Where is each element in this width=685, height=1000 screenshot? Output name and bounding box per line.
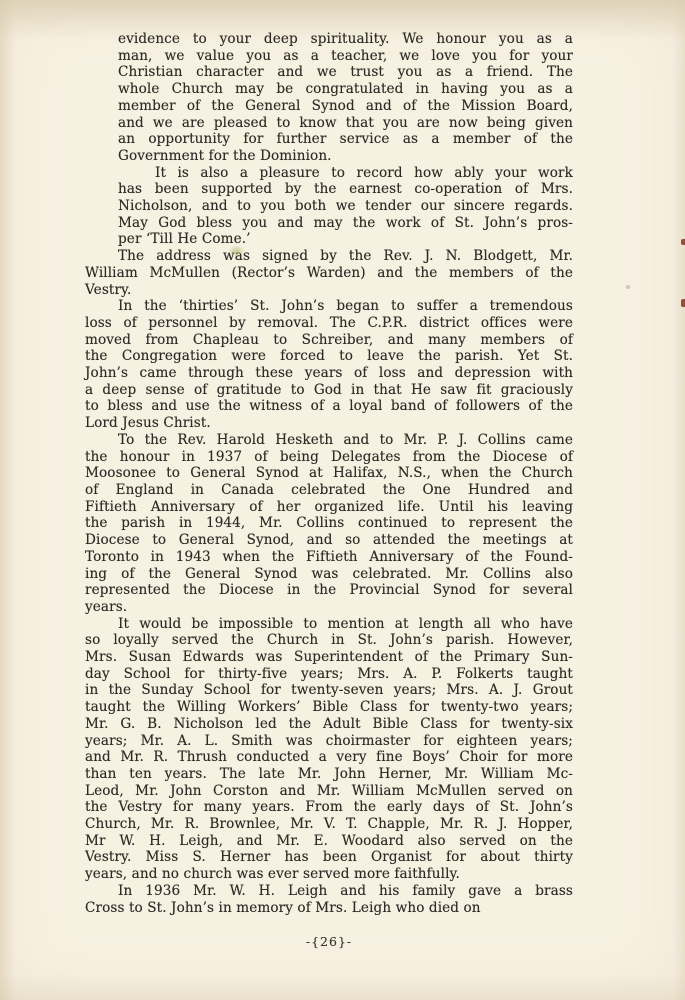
text-line: the Vestry for many years. From the earl… bbox=[85, 799, 573, 816]
text-line: Toronto in 1943 when the Fiftieth Annive… bbox=[85, 549, 573, 566]
text-line: Cross to St. John’s in memory of Mrs. Le… bbox=[85, 900, 573, 917]
text-line: the Congregation were forced to leave th… bbox=[85, 348, 573, 365]
text-line: John’s came through these years of loss … bbox=[85, 365, 573, 382]
text-line: Mr W. H. Leigh, and Mr. E. Woodard also … bbox=[85, 833, 573, 850]
text-line: to bless and use the witness of a loyal … bbox=[85, 398, 573, 415]
text-line: member of the General Synod and of the M… bbox=[118, 98, 573, 115]
text-line: Nicholson, and to you both we tender our… bbox=[118, 198, 573, 215]
text-line: Vestry. Miss S. Herner has been Organist… bbox=[85, 849, 573, 866]
page-edge-mark-artifact bbox=[681, 299, 685, 307]
text-line: Mr. G. B. Nicholson led the Adult Bible … bbox=[85, 716, 573, 733]
text-line: Lord Jesus Christ. bbox=[85, 415, 573, 432]
text-line: years; Mr. A. L. Smith was choirmaster f… bbox=[85, 733, 573, 750]
paragraph: In the ‘thirties’ St. John’s began to su… bbox=[85, 298, 573, 432]
text-line: day School for thirty-five years; Mrs. A… bbox=[85, 666, 573, 683]
text-line: Vestry. bbox=[85, 282, 573, 299]
text-line: the parish in 1944, Mr. Collins continue… bbox=[85, 515, 573, 532]
ink-smudge-artifact bbox=[228, 245, 245, 257]
text-line: evidence to your deep spirituality. We h… bbox=[118, 31, 573, 48]
text-line: Leod, Mr. John Corston and Mr. William M… bbox=[85, 783, 573, 800]
text-line: Church, Mr. R. Brownlee, Mr. V. T. Chapp… bbox=[85, 816, 573, 833]
text-column: evidence to your deep spirituality. We h… bbox=[85, 31, 573, 916]
text-line: the honour in 1937 of being Delegates fr… bbox=[85, 449, 573, 466]
text-line: It would be impossible to mention at len… bbox=[85, 616, 573, 633]
text-line: In 1936 Mr. W. H. Leigh and his family g… bbox=[85, 883, 573, 900]
text-line: in the Sunday School for twenty-seven ye… bbox=[85, 682, 573, 699]
text-line: It is also a pleasure to record how ably… bbox=[118, 165, 573, 182]
text-line: and Mr. R. Thrush conducted a very fine … bbox=[85, 749, 573, 766]
text-line: has been supported by the earnest co-ope… bbox=[118, 181, 573, 198]
text-line: Moosonee to General Synod at Halifax, N.… bbox=[85, 465, 573, 482]
text-line: an opportunity for further service as a … bbox=[118, 131, 573, 148]
paragraph: The address was signed by the Rev. J. N.… bbox=[85, 248, 573, 298]
paragraph: To the Rev. Harold Hesketh and to Mr. P.… bbox=[85, 432, 573, 616]
page-number: -{26}- bbox=[85, 934, 573, 949]
text-line: so loyally served the Church in St. John… bbox=[85, 632, 573, 649]
text-line: ing of the General Synod was celebrated.… bbox=[85, 566, 573, 583]
text-line: man, we value you as a teacher, we love … bbox=[118, 48, 573, 65]
text-line: of England in Canada celebrated the One … bbox=[85, 482, 573, 499]
page-edge-mark-artifact bbox=[681, 239, 685, 245]
paragraph: evidence to your deep spirituality. We h… bbox=[118, 31, 573, 165]
text-line: Government for the Dominion. bbox=[118, 148, 573, 165]
text-line: taught the Willing Workers’ Bible Class … bbox=[85, 699, 573, 716]
text-line: In the ‘thirties’ St. John’s began to su… bbox=[85, 298, 573, 315]
text-line: whole Church may be congratulated in hav… bbox=[118, 81, 573, 98]
paragraph: It is also a pleasure to record how ably… bbox=[118, 165, 573, 249]
book-page: evidence to your deep spirituality. We h… bbox=[0, 0, 685, 1000]
text-line: a deep sense of gratitude to God in that… bbox=[85, 382, 573, 399]
text-line: than ten years. The late Mr. John Herner… bbox=[85, 766, 573, 783]
text-line: per ‘Till He Come.’ bbox=[118, 231, 573, 248]
text-line: Christian character and we trust you as … bbox=[118, 64, 573, 81]
text-line: William McMullen (Rector’s Warden) and t… bbox=[85, 265, 573, 282]
text-line: moved from Chapleau to Schreiber, and ma… bbox=[85, 332, 573, 349]
text-line: The address was signed by the Rev. J. N.… bbox=[85, 248, 573, 265]
text-line: Mrs. Susan Edwards was Superintendent of… bbox=[85, 649, 573, 666]
text-line: years, and no church was ever served mor… bbox=[85, 866, 573, 883]
text-line: years. bbox=[85, 599, 573, 616]
text-line: loss of personnel by removal. The C.P.R.… bbox=[85, 315, 573, 332]
text-line: To the Rev. Harold Hesketh and to Mr. P.… bbox=[85, 432, 573, 449]
text-line: May God bless you and may the work of St… bbox=[118, 215, 573, 232]
paragraph: In 1936 Mr. W. H. Leigh and his family g… bbox=[85, 883, 573, 916]
text-line: and we are pleased to know that you are … bbox=[118, 115, 573, 132]
text-line: represented the Diocese in the Provincia… bbox=[85, 582, 573, 599]
paragraph: It would be impossible to mention at len… bbox=[85, 616, 573, 883]
text-line: Diocese to General Synod, and so attende… bbox=[85, 532, 573, 549]
paper-speck-artifact bbox=[626, 285, 630, 289]
text-line: Fiftieth Anniversary of her organized li… bbox=[85, 499, 573, 516]
